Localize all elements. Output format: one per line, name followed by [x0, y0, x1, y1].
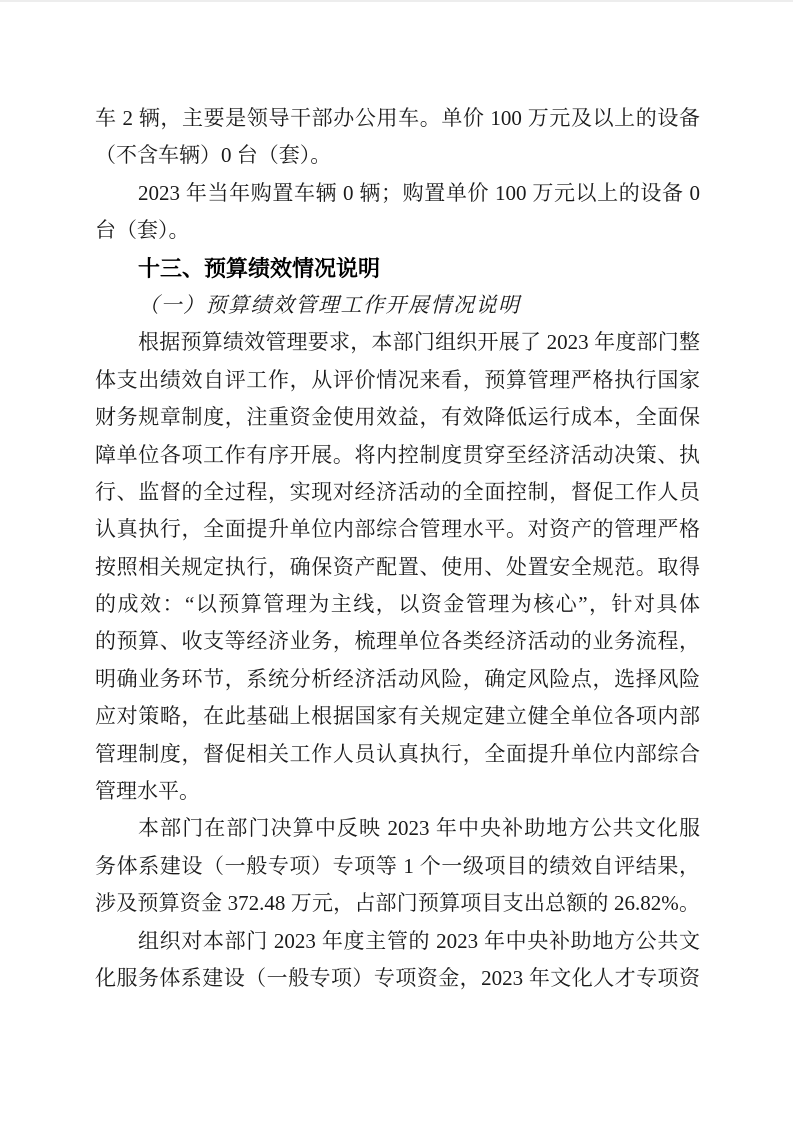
text-line: 本部门在部门决算中反映 2023 年中央补助地方公共文化服 — [95, 810, 700, 847]
text-line: 管理制度，督促相关工作人员认真执行，全面提升单位内部综合 — [95, 736, 700, 773]
section-heading: 十三、预算绩效情况说明 — [95, 250, 700, 287]
text-line: 组织对本部门 2023 年度主管的 2023 年中央补助地方公共文 — [95, 923, 700, 960]
text-line: 车 2 辆，主要是领导干部办公用车。单价 100 万元及以上的设备 — [95, 100, 700, 137]
text-line: 台（套）。 — [95, 212, 700, 249]
text-line: 涉及预算资金 372.48 万元，占部门预算项目支出总额的 26.82%。 — [95, 885, 700, 922]
document-page: 车 2 辆，主要是领导干部办公用车。单价 100 万元及以上的设备（不含车辆）0… — [0, 0, 793, 1122]
text-line: 财务规章制度，注重资金使用效益，有效降低运行成本，全面保 — [95, 399, 700, 436]
text-line: 明确业务环节，系统分析经济活动风险，确定风险点，选择风险 — [95, 661, 700, 698]
text-line: 管理水平。 — [95, 773, 700, 810]
text-line: 2023 年当年购置车辆 0 辆；购置单价 100 万元以上的设备 0 — [95, 175, 700, 212]
text-line: 应对策略，在此基础上根据国家有关规定建立健全单位各项内部 — [95, 698, 700, 735]
subsection-heading: （一）预算绩效管理工作开展情况说明 — [95, 287, 700, 324]
text-line: 行、监督的全过程，实现对经济活动的全面控制，督促工作人员 — [95, 474, 700, 511]
text-line: 化服务体系建设（一般专项）专项资金，2023 年文化人才专项资 — [95, 960, 700, 997]
text-line: （不含车辆）0 台（套）。 — [95, 137, 700, 174]
text-line: 障单位各项工作有序开展。将内控制度贯穿至经济活动决策、执 — [95, 437, 700, 474]
text-line: 根据预算绩效管理要求，本部门组织开展了 2023 年度部门整 — [95, 324, 700, 361]
text-line: 务体系建设（一般专项）专项等 1 个一级项目的绩效自评结果， — [95, 848, 700, 885]
text-line: 体支出绩效自评工作，从评价情况来看，预算管理严格执行国家 — [95, 362, 700, 399]
text-line: 的成效：“以预算管理为主线，以资金管理为核心”，针对具体 — [95, 586, 700, 623]
document-content: 车 2 辆，主要是领导干部办公用车。单价 100 万元及以上的设备（不含车辆）0… — [95, 100, 700, 997]
text-line: 按照相关规定执行，确保资产配置、使用、处置安全规范。取得 — [95, 549, 700, 586]
text-line: 认真执行，全面提升单位内部综合管理水平。对资产的管理严格 — [95, 511, 700, 548]
text-line: 的预算、收支等经济业务，梳理单位各类经济活动的业务流程， — [95, 623, 700, 660]
